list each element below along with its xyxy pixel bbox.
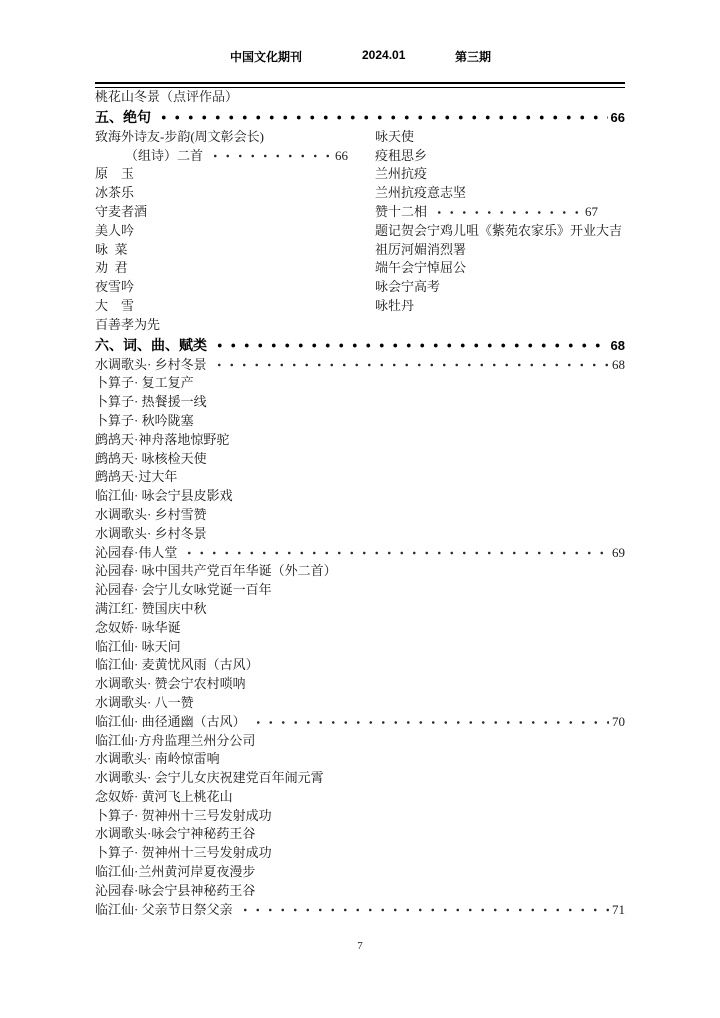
entry-title: 沁园春·伟人堂 [95,544,177,563]
toc-entry: 疫租思乡 [375,147,625,166]
entry-title: 题记贺会宁鸡儿咀《紫苑农家乐》开业大吉 [375,222,622,241]
entry-title: 水调歌头· 会宁儿女庆祝建党百年闹元霄 [95,769,324,788]
entry-title: 兰州抗疫意志坚 [375,184,466,203]
toc-entry: 卜算子· 贺神州十三号发射成功 [95,807,625,826]
issue-number: 第三期 [455,48,491,65]
toc-entry: 临江仙·兰州黄河岸夏夜漫步 [95,863,625,882]
entry-title: 鹧鸪天·神舟落地惊野驼 [95,431,229,450]
toc-entry: 水调歌头· 会宁儿女庆祝建党百年闹元霄 [95,769,625,788]
entry-title: 水调歌头· 赞会宁农村唢呐 [95,675,246,694]
entry-title: 赞十二相 [375,203,427,222]
entry-title: 卜算子· 热餐援一线 [95,393,207,412]
toc-entry: 水调歌头· 乡村冬景 68 [95,356,625,375]
entry-title: 水调歌头· 乡村冬景 [95,525,207,544]
entry-title: 端午会宁悼屈公 [375,259,466,278]
entry-title: 致海外诗友-步韵(周文彰会长) [95,128,264,147]
toc-entry: 沁园春· 会宁儿女咏党诞一百年 [95,581,625,600]
entry-title: 疫租思乡 [375,147,427,166]
toc-entry: 临江仙· 咏天问 [95,638,625,657]
dot-leader [209,147,332,166]
entry-title: 水调歌头· 乡村雪赞 [95,506,207,525]
toc-entry: 沁园春·咏会宁县神秘药王谷 [95,882,625,901]
dot-leader [183,544,609,563]
entry-page-number: 68 [612,356,625,375]
toc-entry: 满江红· 赞国庆中秋 [95,600,625,619]
entry-title: 沁园春·咏会宁县神秘药王谷 [95,882,255,901]
toc-entry: 念奴娇· 黄河飞上桃花山 [95,788,625,807]
entry-title: 鹧鸪天·过大年 [95,468,177,487]
jueju-columns: 致海外诗友-步韵(周文彰会长) （组诗）二首 66 原 玉 [95,128,625,335]
entry-page-number: 67 [585,203,598,222]
entry-title: 临江仙· 曲径通幽（古风） [95,713,246,732]
entry-title: 临江仙·方舟监理兰州分公司 [95,732,255,751]
entry-title: 水调歌头·咏会宁神秘药王谷 [95,825,255,844]
toc-entry: 水调歌头· 赞会宁农村唢呐 [95,675,625,694]
toc-entry: 咏牡丹 [375,297,625,316]
entry-title: 满江红· 赞国庆中秋 [95,600,207,619]
toc-entry: 鹧鸪天·过大年 [95,468,625,487]
entry-title: 沁园春· 会宁儿女咏党诞一百年 [95,581,272,600]
toc-entry: 水调歌头·咏会宁神秘药王谷 [95,825,625,844]
entry-title: 鹧鸪天· 咏核检天使 [95,450,207,469]
jueju-column-left: 致海外诗友-步韵(周文彰会长) （组诗）二首 66 原 玉 [95,128,375,335]
entry-title: 念奴娇· 黄河飞上桃花山 [95,788,233,807]
entry-title: 咏 菜 [95,241,128,260]
entry-title: 守麦者酒 [95,203,147,222]
running-header: 中国文化期刊 2024.01 第三期 [0,48,720,64]
entry-title: 临江仙·兰州黄河岸夏夜漫步 [95,863,255,882]
toc-entry: 原 玉 [95,165,375,184]
toc-entry: 题记贺会宁鸡儿咀《紫苑农家乐》开业大吉 [375,222,625,241]
dot-leader [433,203,582,222]
toc-entry: 临江仙· 父亲节日祭父亲 71 [95,901,625,920]
entry-title: 劝 君 [95,259,128,278]
toc-entry: 临江仙· 麦黄忧风雨（古风） [95,656,625,675]
section-page-number: 68 [611,335,625,356]
ci-list: 水调歌头· 乡村冬景 68 卜算子· 复工复产 卜算子· 热餐援一线 卜算子· … [95,356,625,920]
toc-section-jueju: 五、绝句 66 [95,107,625,128]
toc-entry: 临江仙· 咏会宁县皮影戏 [95,487,625,506]
toc-entry: 百善孝为先 [95,316,375,335]
entry-title: 美人吟 [95,222,134,241]
entry-title: 水调歌头· 八一赞 [95,694,194,713]
entry-title: 祖厉河媚消烈署 [375,241,466,260]
entry-title: 夜雪吟 [95,278,134,297]
toc-entry: 卜算子· 秋吟陇塞 [95,412,625,431]
entry-page-number: 71 [612,901,625,920]
toc-entry: 沁园春·伟人堂 69 [95,544,625,563]
dot-leader [239,901,609,920]
page-footer: 7 [0,940,720,952]
toc-entry: 卜算子· 贺神州十三号发射成功 [95,844,625,863]
toc-entry: 美人吟 [95,222,375,241]
toc-entry: 祖厉河媚消烈署 [375,241,625,260]
entry-title: 咏会宁高考 [375,278,440,297]
section-title: 五、绝句 [95,107,151,128]
toc-entry: 冰茶乐 [95,184,375,203]
toc-entry: 念奴娇· 咏华诞 [95,619,625,638]
entry-title: 卜算子· 复工复产 [95,374,194,393]
section-title: 六、词、曲、赋类 [95,335,207,356]
entry-title: 桃花山冬景（点评作品） [95,88,238,107]
entry-page-number: 66 [335,147,348,166]
dot-leader [213,356,609,375]
toc-entry: 水调歌头· 乡村雪赞 [95,506,625,525]
toc-lead-entry: 桃花山冬景（点评作品） [95,88,625,107]
toc-entry: 端午会宁悼屈公 [375,259,625,278]
entry-title: 兰州抗疫 [375,165,427,184]
toc-entry: 兰州抗疫 [375,165,625,184]
entry-title: 原 玉 [95,165,134,184]
toc-entry: 劝 君 [95,259,375,278]
toc-entry: 夜雪吟 [95,278,375,297]
entry-title: 临江仙· 麦黄忧风雨（古风） [95,656,259,675]
dot-leader [157,107,608,128]
entry-title: 卜算子· 贺神州十三号发射成功 [95,807,272,826]
section-page-number: 66 [611,107,625,128]
toc-entry: 守麦者酒 [95,203,375,222]
toc-entry: 水调歌头· 乡村冬景 [95,525,625,544]
journal-title: 中国文化期刊 [230,48,302,65]
toc-entry: 沁园春· 咏中国共产党百年华诞（外二首） [95,562,625,581]
entry-page-number: 69 [612,544,625,563]
entry-title: 大 雪 [95,297,134,316]
toc-entry: 咏 菜 [95,241,375,260]
toc-content: 桃花山冬景（点评作品） 五、绝句 66 致海外诗友-步韵(周文彰会长) （组诗）… [95,88,625,919]
toc-entry: 大 雪 [95,297,375,316]
toc-entry: 卜算子· 热餐援一线 [95,393,625,412]
entry-title: 咏天使 [375,128,414,147]
toc-entry: 卜算子· 复工复产 [95,374,625,393]
toc-entry: 咏会宁高考 [375,278,625,297]
entry-title: 水调歌头· 南岭惊雷响 [95,750,220,769]
toc-entry: 兰州抗疫意志坚 [375,184,625,203]
toc-entry: 临江仙·方舟监理兰州分公司 [95,732,625,751]
entry-title: 百善孝为先 [95,316,160,335]
toc-entry: 咏天使 [375,128,625,147]
entry-title: 临江仙· 咏天问 [95,638,181,657]
entry-title: 卜算子· 秋吟陇塞 [95,412,194,431]
dot-leader [213,335,608,356]
toc-section-ci: 六、词、曲、赋类 68 [95,335,625,356]
jueju-column-right: 咏天使 疫租思乡 兰州抗疫 兰州抗疫意志坚 [375,128,625,335]
toc-entry: 鹧鸪天·神舟落地惊野驼 [95,431,625,450]
dot-leader [252,713,609,732]
issue-date: 2024.01 [362,48,405,62]
toc-entry: 水调歌头· 南岭惊雷响 [95,750,625,769]
entry-title: 念奴娇· 咏华诞 [95,619,181,638]
entry-title: 沁园春· 咏中国共产党百年华诞（外二首） [95,562,337,581]
entry-title: 临江仙· 父亲节日祭父亲 [95,901,233,920]
folio-page-number: 7 [357,940,363,952]
entry-title: 冰茶乐 [95,184,134,203]
entry-page-number: 70 [612,713,625,732]
toc-entry: 临江仙· 曲径通幽（古风） 70 [95,713,625,732]
toc-entry: 致海外诗友-步韵(周文彰会长) [95,128,375,147]
toc-entry: （组诗）二首 66 [95,147,375,166]
toc-entry: 鹧鸪天· 咏核检天使 [95,450,625,469]
entry-title: 咏牡丹 [375,297,414,316]
toc-entry: 水调歌头· 八一赞 [95,694,625,713]
toc-entry: 赞十二相 67 [375,203,625,222]
entry-title: 卜算子· 贺神州十三号发射成功 [95,844,272,863]
entry-title: 水调歌头· 乡村冬景 [95,356,207,375]
entry-title: 临江仙· 咏会宁县皮影戏 [95,487,233,506]
entry-title: （组诗）二首 [125,147,203,166]
